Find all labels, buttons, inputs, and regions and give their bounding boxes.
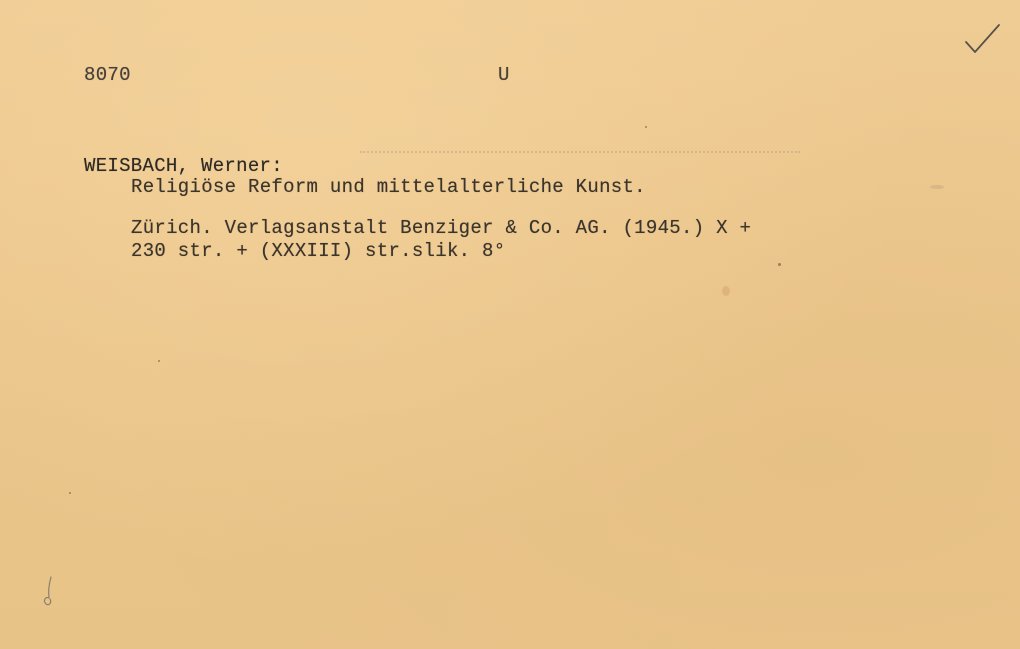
paper-smudge: [930, 185, 944, 189]
pencil-mark-icon: [40, 574, 60, 608]
call-number: 8070: [84, 64, 131, 87]
book-title: Religiöse Reform und mittelalterliche Ku…: [131, 176, 646, 199]
paper-speck: [69, 492, 71, 494]
author-heading: WEISBACH, Werner:: [84, 155, 283, 178]
location-mark: U: [498, 64, 510, 87]
paper-speck: [778, 263, 781, 266]
checkmark-icon: [962, 22, 1002, 56]
faint-typed-line: [360, 151, 800, 153]
paper-speck: [158, 360, 160, 362]
paper-speck: [645, 126, 647, 128]
paper-smudge: [722, 286, 730, 296]
catalog-card: 8070 U WEISBACH, Werner: Religiöse Refor…: [0, 0, 1020, 649]
imprint: Zürich. Verlagsanstalt Benziger & Co. AG…: [131, 217, 751, 240]
collation: 230 str. + (XXXIII) str.slik. 8°: [131, 240, 505, 263]
